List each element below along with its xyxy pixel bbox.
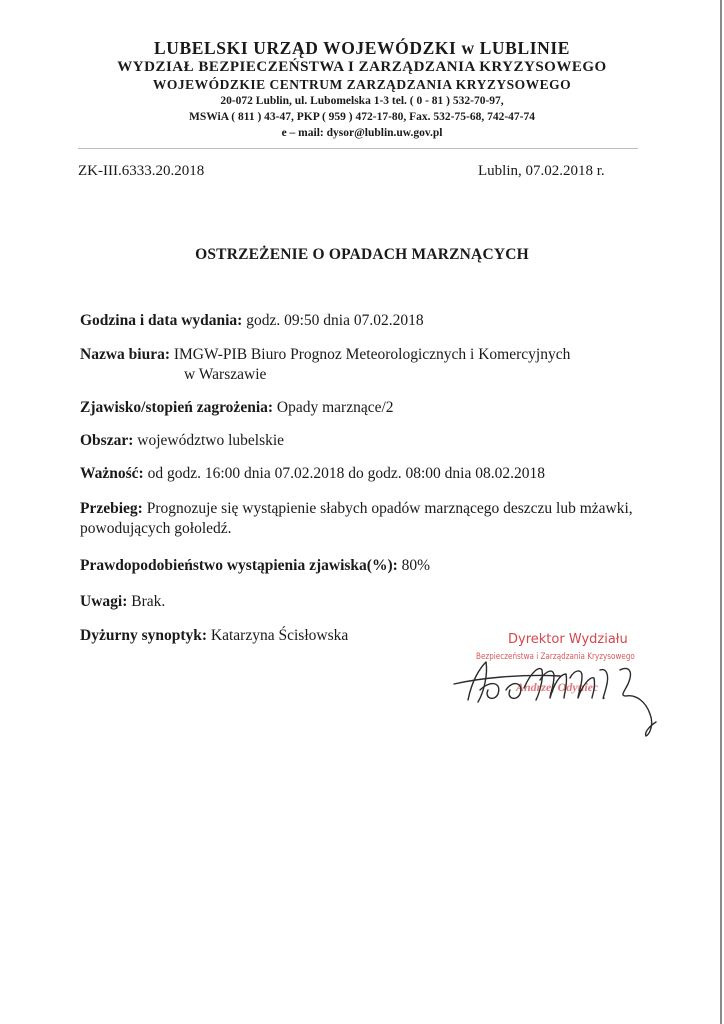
document-title: OSTRZEŻENIE O OPADACH MARZNĄCYCH bbox=[0, 246, 724, 264]
field-value: Katarzyna Ścisłowska bbox=[207, 627, 348, 644]
department-name: WYDZIAŁ BEZPIECZEŃSTWA I ZARZĄDZANIA KRY… bbox=[0, 58, 724, 76]
field-remarks: Uwagi: Brak. bbox=[80, 592, 165, 612]
field-office: Nazwa biura: IMGW-PIB Biuro Prognoz Mete… bbox=[80, 345, 640, 385]
field-issue-time: Godzina i data wydania: godz. 09:50 dnia… bbox=[80, 311, 424, 331]
field-value: godz. 09:50 dnia 07.02.2018 bbox=[242, 312, 423, 329]
field-label: Obszar: bbox=[80, 432, 133, 449]
field-label: Prawdopodobieństwo wystąpienia zjawiska(… bbox=[80, 557, 398, 574]
center-name: WOJEWÓDZKIE CENTRUM ZARZĄDZANIA KRYZYSOW… bbox=[0, 76, 724, 93]
address: 20-072 Lublin, ul. Lubomelska 1-3 tel. (… bbox=[0, 93, 724, 109]
field-value-line2: w Warszawie bbox=[80, 365, 640, 385]
field-value: województwo lubelskie bbox=[133, 432, 284, 449]
field-area: Obszar: województwo lubelskie bbox=[80, 431, 284, 451]
field-label: Godzina i data wydania: bbox=[80, 312, 242, 329]
handwritten-signature bbox=[450, 640, 680, 740]
field-value: Brak. bbox=[127, 593, 165, 610]
field-value: Opady marznące/2 bbox=[273, 399, 394, 416]
field-label: Zjawisko/stopień zagrożenia: bbox=[80, 399, 273, 416]
field-forecaster: Dyżurny synoptyk: Katarzyna Ścisłowska bbox=[80, 626, 348, 646]
letterhead: LUBELSKI URZĄD WOJEWÓDZKI w LUBLINIE WYD… bbox=[0, 38, 724, 141]
field-value: IMGW-PIB Biuro Prognoz Meteorologicznych… bbox=[170, 346, 570, 363]
office-name: LUBELSKI URZĄD WOJEWÓDZKI w LUBLINIE bbox=[0, 38, 724, 58]
field-label: Ważność: bbox=[80, 465, 144, 482]
field-phenomenon: Zjawisko/stopień zagrożenia: Opady marzn… bbox=[80, 398, 394, 418]
field-probability: Prawdopodobieństwo wystąpienia zjawiska(… bbox=[80, 556, 430, 576]
field-label: Uwagi: bbox=[80, 593, 127, 610]
field-validity: Ważność: od godz. 16:00 dnia 07.02.2018 … bbox=[80, 464, 545, 484]
field-label: Przebieg: bbox=[80, 500, 143, 517]
field-value: 80% bbox=[398, 557, 430, 574]
phone-numbers: MSWiA ( 811 ) 43-47, PKP ( 959 ) 472-17-… bbox=[0, 109, 724, 125]
email: e – mail: dysor@lublin.uw.gov.pl bbox=[0, 125, 724, 141]
field-label: Dyżurny synoptyk: bbox=[80, 627, 207, 644]
field-value: Prognozuje się wystąpienie słabych opadó… bbox=[80, 500, 633, 537]
place-and-date: Lublin, 07.02.2018 r. bbox=[478, 163, 605, 180]
field-label: Nazwa biura: bbox=[80, 346, 170, 363]
field-value: od godz. 16:00 dnia 07.02.2018 do godz. … bbox=[144, 465, 545, 482]
letterhead-divider bbox=[78, 148, 638, 149]
field-course: Przebieg: Prognozuje się wystąpienie sła… bbox=[80, 499, 640, 539]
reference-number: ZK-III.6333.20.2018 bbox=[78, 163, 204, 180]
scan-edge bbox=[720, 0, 722, 1024]
